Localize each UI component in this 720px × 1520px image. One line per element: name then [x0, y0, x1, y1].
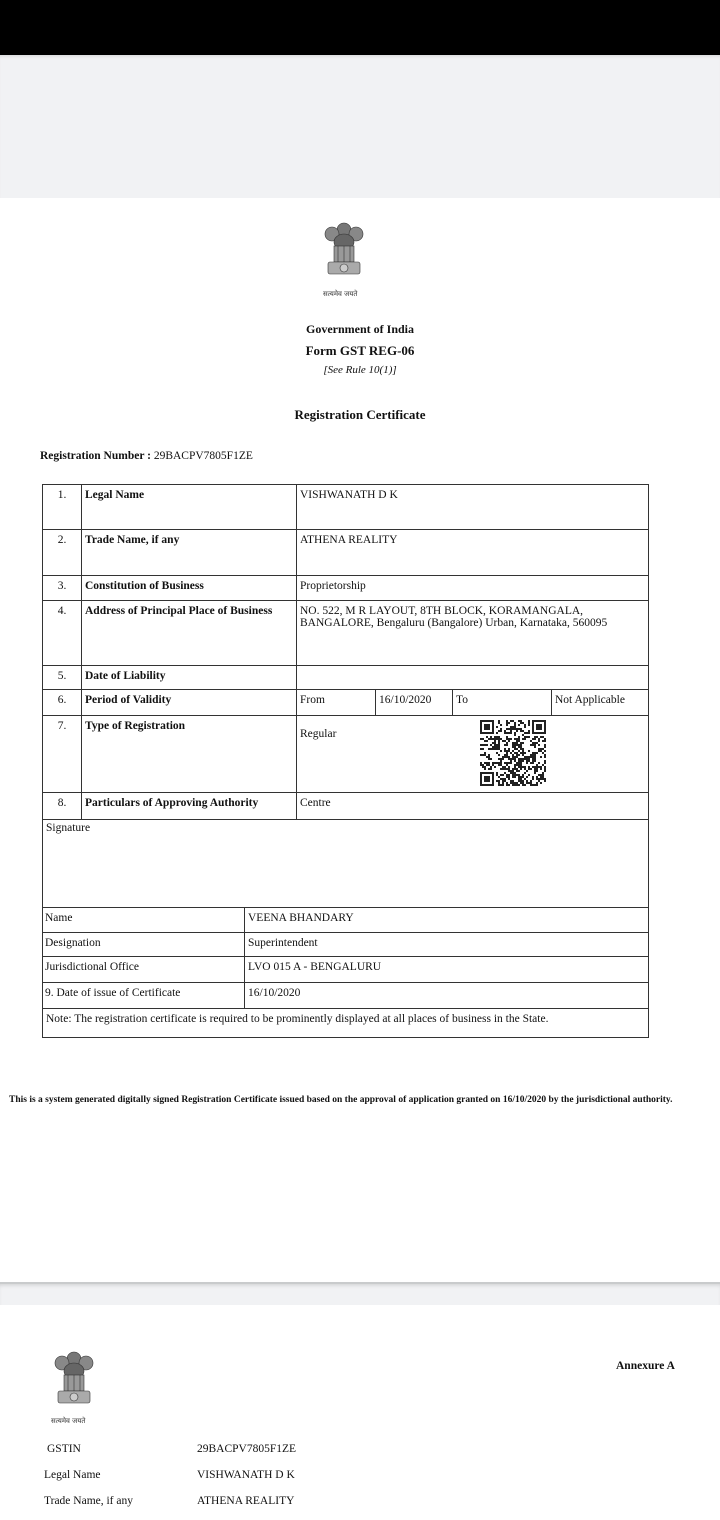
from-label: From	[297, 690, 376, 716]
row-number: 3.	[43, 576, 82, 600]
table-row: 3. Constitution of Business Proprietorsh…	[43, 575, 648, 600]
row-number: 2.	[43, 530, 82, 576]
gstin-label: GSTIN	[47, 1443, 81, 1455]
authority-label: 9. Date of issue of Certificate	[43, 983, 245, 1009]
row-label: Trade Name, if any	[82, 530, 297, 576]
trade-name-value: ATHENA REALITY	[297, 530, 649, 576]
row-label: Type of Registration	[82, 716, 297, 793]
row-number: 5.	[43, 666, 82, 690]
motto: सत्यमेव जयते	[51, 1417, 85, 1426]
table-row: 7. Type of Registration Regular	[43, 715, 648, 793]
legal-name-value: VISHWANATH D K	[297, 485, 649, 530]
table-row: Jurisdictional Office LVO 015 A - BENGAL…	[43, 956, 648, 983]
table-row: 8. Particulars of Approving Authority Ce…	[43, 792, 648, 819]
issue-date: 16/10/2020	[245, 983, 648, 1009]
from-date: 16/10/2020	[376, 690, 453, 716]
registration-type-value: Regular	[300, 728, 646, 740]
table-row: 2. Trade Name, if any ATHENA REALITY	[43, 529, 648, 576]
legal-name-label: Legal Name	[44, 1469, 101, 1481]
row-label: Legal Name	[82, 485, 297, 530]
authority-label: Designation	[43, 933, 245, 957]
row-number: 1.	[43, 485, 82, 530]
certificate-page: सत्यमेव जयते Government of India Form GS…	[0, 198, 720, 1282]
trade-name-label: Trade Name, if any	[44, 1495, 133, 1507]
row-label: Constitution of Business	[82, 576, 297, 600]
row-number: 6.	[43, 690, 82, 716]
trade-name-value: ATHENA REALITY	[197, 1495, 294, 1507]
registration-type-cell: Regular	[297, 716, 649, 793]
government-heading: Government of India	[0, 322, 720, 337]
annexure-title: Annexure A	[616, 1360, 675, 1372]
details-table: 1. Legal Name VISHWANATH D K 2. Trade Na…	[42, 484, 649, 820]
row-number: 4.	[43, 601, 82, 666]
officer-name: VEENA BHANDARY	[245, 908, 648, 933]
certificate-title: Registration Certificate	[0, 407, 720, 423]
row-label: Particulars of Approving Authority	[82, 793, 297, 819]
to-date: Not Applicable	[552, 690, 649, 716]
authority-label: Jurisdictional Office	[43, 957, 245, 983]
row-label: Address of Principal Place of Business	[82, 601, 297, 666]
table-row: 9. Date of issue of Certificate 16/10/20…	[43, 982, 648, 1009]
table-row: 1. Legal Name VISHWANATH D K	[43, 485, 648, 530]
table-row: Designation Superintendent	[43, 932, 648, 957]
emblem-icon	[320, 220, 368, 280]
status-bar	[0, 0, 720, 55]
row-number: 7.	[43, 716, 82, 793]
system-generated-note: This is a system generated digitally sig…	[9, 1091, 709, 1109]
annexure-page: सत्यमेव जयते Annexure A GSTIN 29BACPV780…	[0, 1305, 720, 1520]
row-number: 8.	[43, 793, 82, 819]
motto: सत्यमेव जयते	[323, 290, 357, 299]
registration-number: Registration Number : 29BACPV7805F1ZE	[40, 450, 253, 462]
approving-authority-value: Centre	[297, 793, 649, 819]
officer-designation: Superintendent	[245, 933, 648, 957]
gstin-value: 29BACPV7805F1ZE	[197, 1443, 296, 1455]
table-row: Name VEENA BHANDARY	[43, 907, 648, 933]
qr-code-icon	[480, 720, 546, 786]
validity-cell: From 16/10/2020 To Not Applicable	[297, 690, 649, 716]
jurisdictional-office: LVO 015 A - BENGALURU	[245, 957, 648, 983]
table-row: 5. Date of Liability	[43, 665, 648, 690]
row-label: Date of Liability	[82, 666, 297, 690]
emblem-icon	[50, 1347, 98, 1411]
address-value: NO. 522, M R LAYOUT, 8TH BLOCK, KORAMANG…	[297, 601, 649, 666]
registration-number-value: 29BACPV7805F1ZE	[154, 450, 253, 462]
signature-row: Signature	[43, 818, 648, 908]
display-note: Note: The registration certificate is re…	[43, 1009, 648, 1036]
form-heading: Form GST REG-06	[0, 343, 720, 359]
note-row: Note: The registration certificate is re…	[43, 1008, 648, 1036]
page-separator	[0, 1282, 720, 1305]
signature-label: Signature	[43, 818, 648, 908]
to-label: To	[453, 690, 552, 716]
row-label: Period of Validity	[82, 690, 297, 716]
registration-number-label: Registration Number :	[40, 450, 151, 462]
table-row: 4. Address of Principal Place of Busines…	[43, 600, 648, 666]
date-of-liability-value	[297, 666, 649, 690]
rule-reference: [See Rule 10(1)]	[0, 364, 720, 376]
table-row: 6. Period of Validity From 16/10/2020 To…	[43, 689, 648, 716]
legal-name-value: VISHWANATH D K	[197, 1469, 295, 1481]
authority-table: Signature Name VEENA BHANDARY Designatio…	[42, 818, 649, 1038]
authority-label: Name	[43, 908, 245, 933]
viewer-background	[0, 55, 720, 198]
constitution-value: Proprietorship	[297, 576, 649, 600]
